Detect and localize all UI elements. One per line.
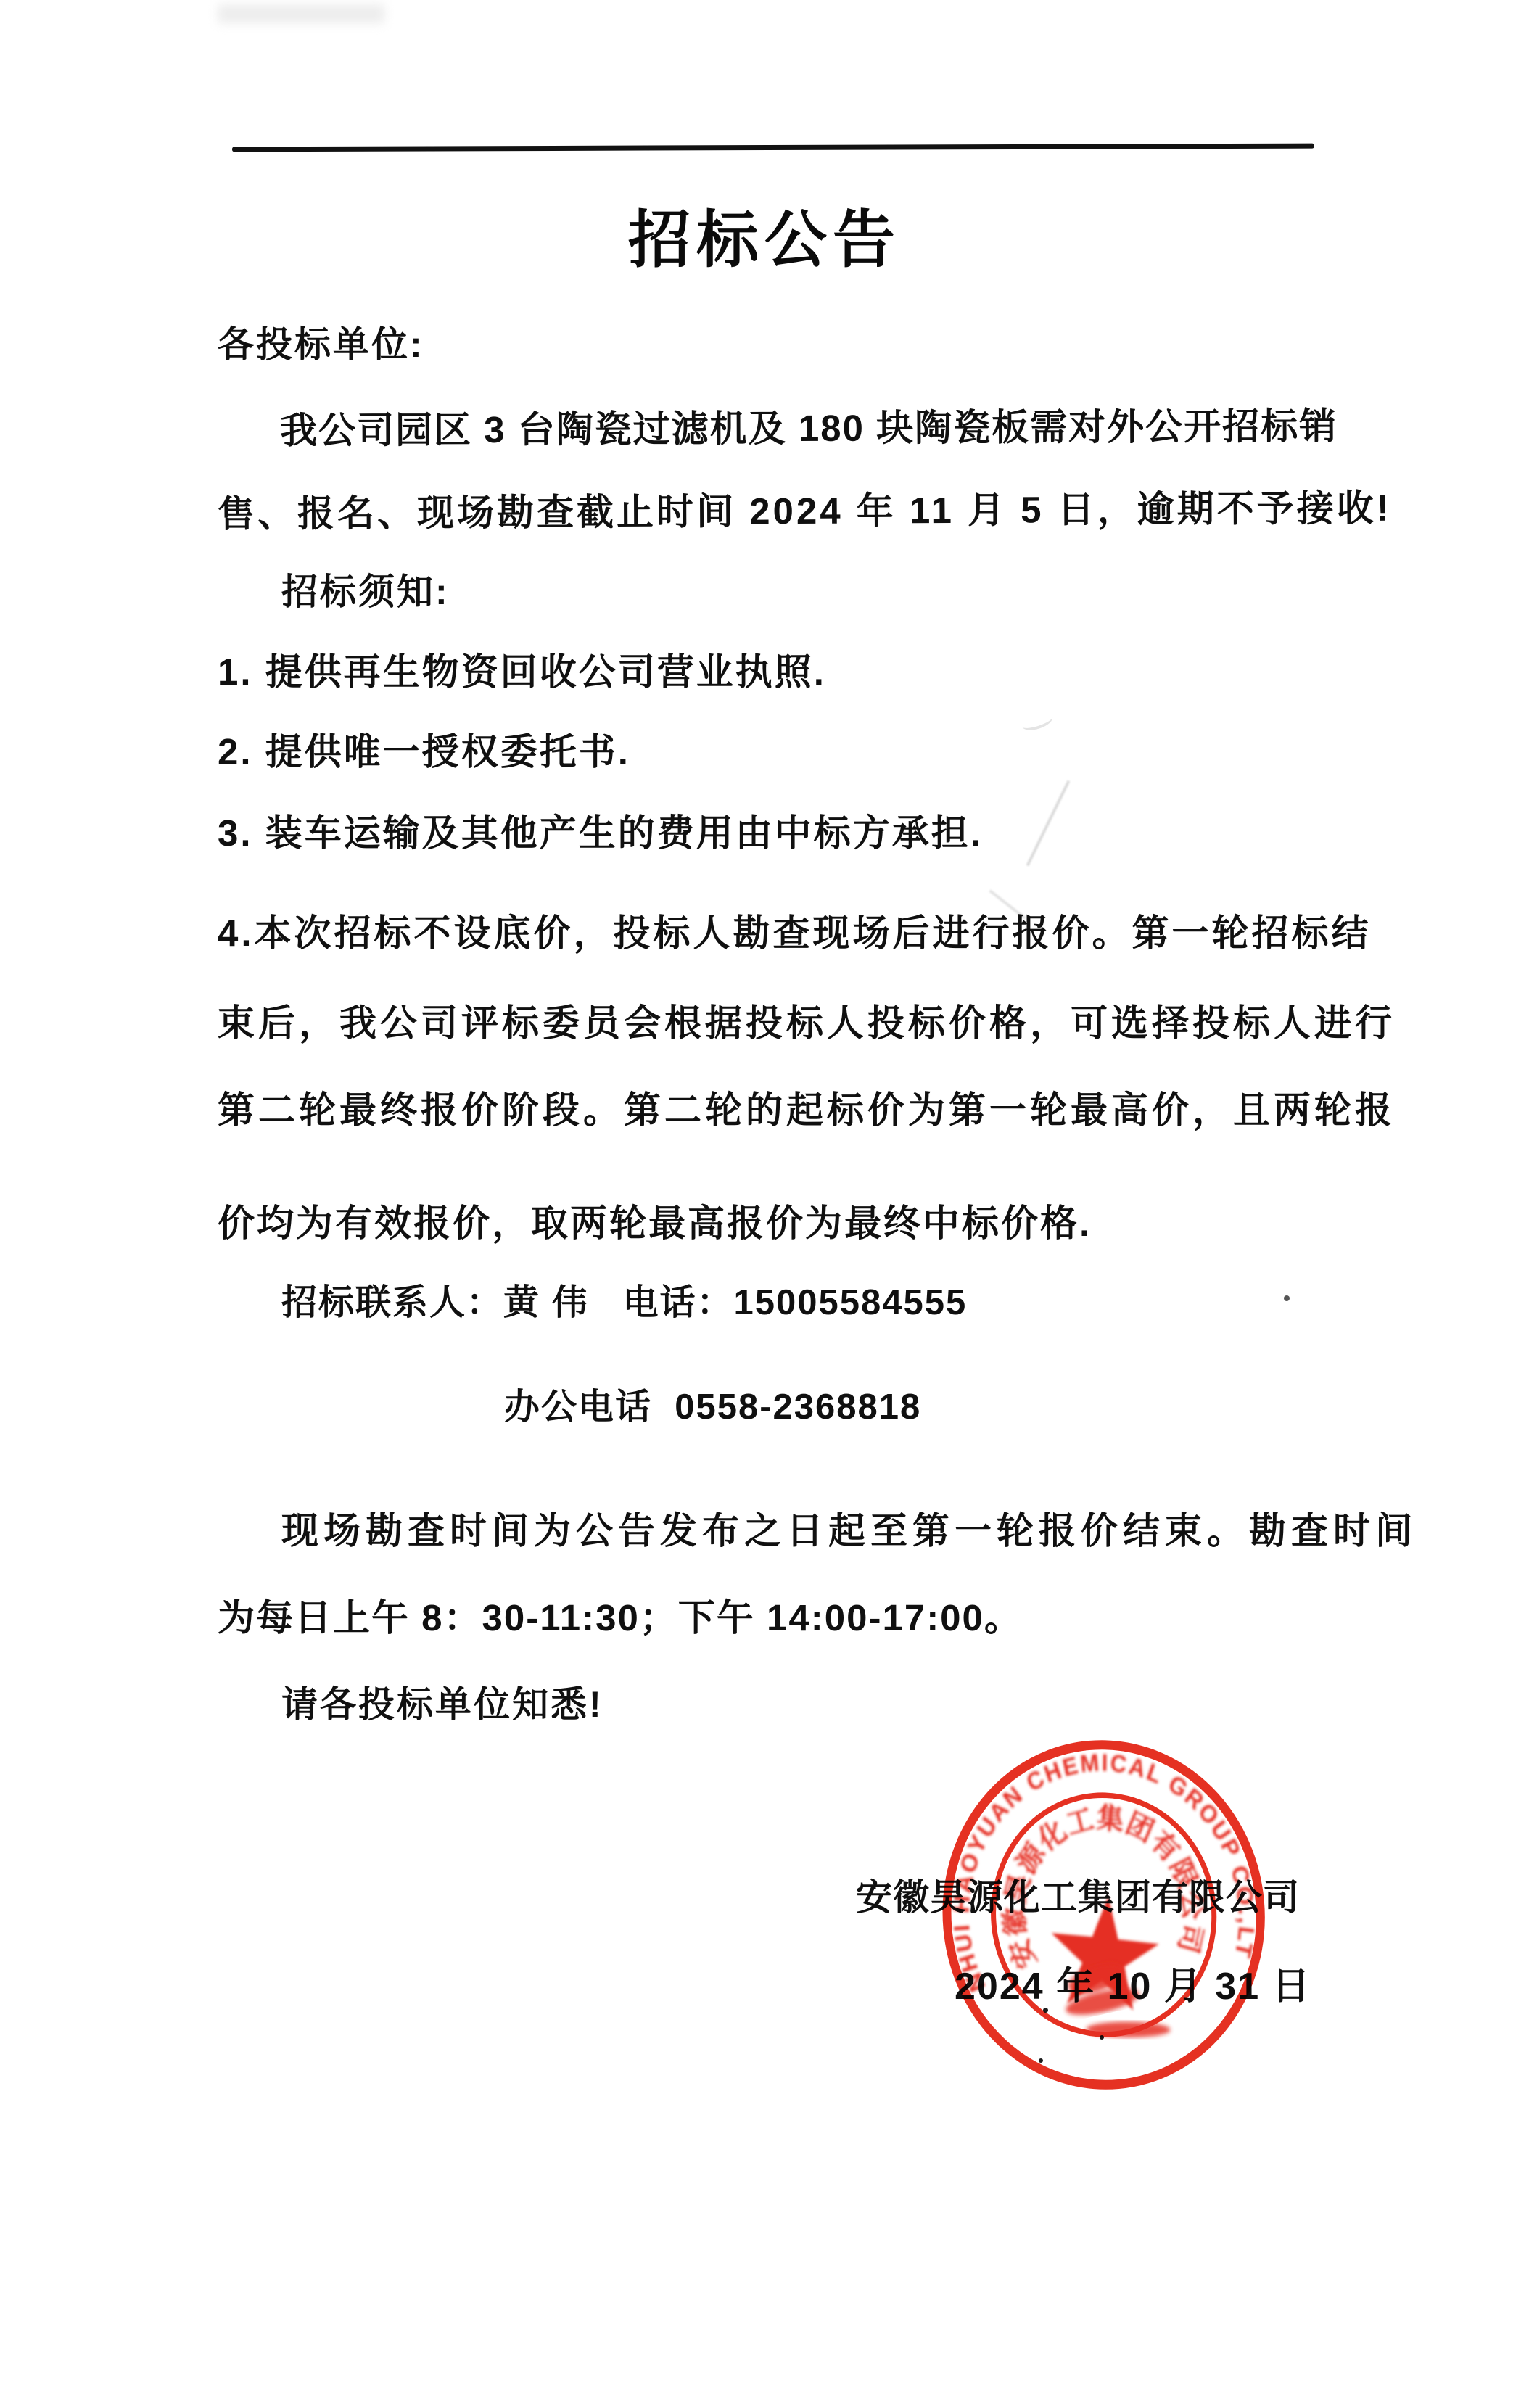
- body-line: 束后，我公司评标委员会根据投标人投标价格，可选择投标人进行: [218, 1002, 1396, 1045]
- list-item: 1. 提供再生物资回收公司营业执照.: [218, 651, 826, 694]
- page-title: 招标公告: [0, 205, 1529, 276]
- body-line: 现场勘查时间为公告发布之日起至第一轮报价结束。勘查时间: [281, 1510, 1417, 1553]
- office-phone-line: 办公电话 0558-2368818: [504, 1387, 921, 1427]
- signature-date: 2024 年 10 月 31 日: [955, 1966, 1311, 2009]
- body-line: 第二轮最终报价阶段。第二轮的起标价为第一轮最高价，且两轮报: [218, 1089, 1396, 1132]
- printed-text-layer: 招标公告 各投标单位: 我公司园区 3 台陶瓷过滤机及 180 块陶瓷板需对外公…: [0, 0, 1529, 2408]
- body-line: 价均为有效报价，取两轮最高报价为最终中标价格.: [218, 1203, 1092, 1245]
- scanned-tender-notice-page: ANHUI HAOYUAN CHEMICAL GROUP CO.,LTD. 安徽…: [0, 0, 1529, 2408]
- body-line: 售、报名、现场勘查截止时间 2024 年 11 月 5 日，逾期不予接收!: [218, 487, 1392, 536]
- salutation-line: 各投标单位:: [218, 324, 424, 366]
- contact-line: 招标联系人：黄 伟 电话：15005584555: [281, 1282, 967, 1323]
- body-line: 请各投标单位知悉!: [281, 1684, 603, 1726]
- body-line: 为每日上午 8：30-11:30；下午 14:00-17:00。: [218, 1597, 1023, 1640]
- body-line: 我公司园区 3 台陶瓷过滤机及 180 块陶瓷板需对外公开招标销: [280, 405, 1338, 453]
- list-item: 2. 提供唯一授权委托书.: [218, 731, 630, 774]
- body-line: 4.本次招标不设底价，投标人勘查现场后进行报价。第一轮招标结: [218, 912, 1372, 955]
- signature-company: 安徽昊源化工集团有限公司: [856, 1877, 1300, 1919]
- body-line: 招标须知:: [281, 572, 450, 614]
- list-item: 3. 装车运输及其他产生的费用由中标方承担.: [218, 812, 983, 855]
